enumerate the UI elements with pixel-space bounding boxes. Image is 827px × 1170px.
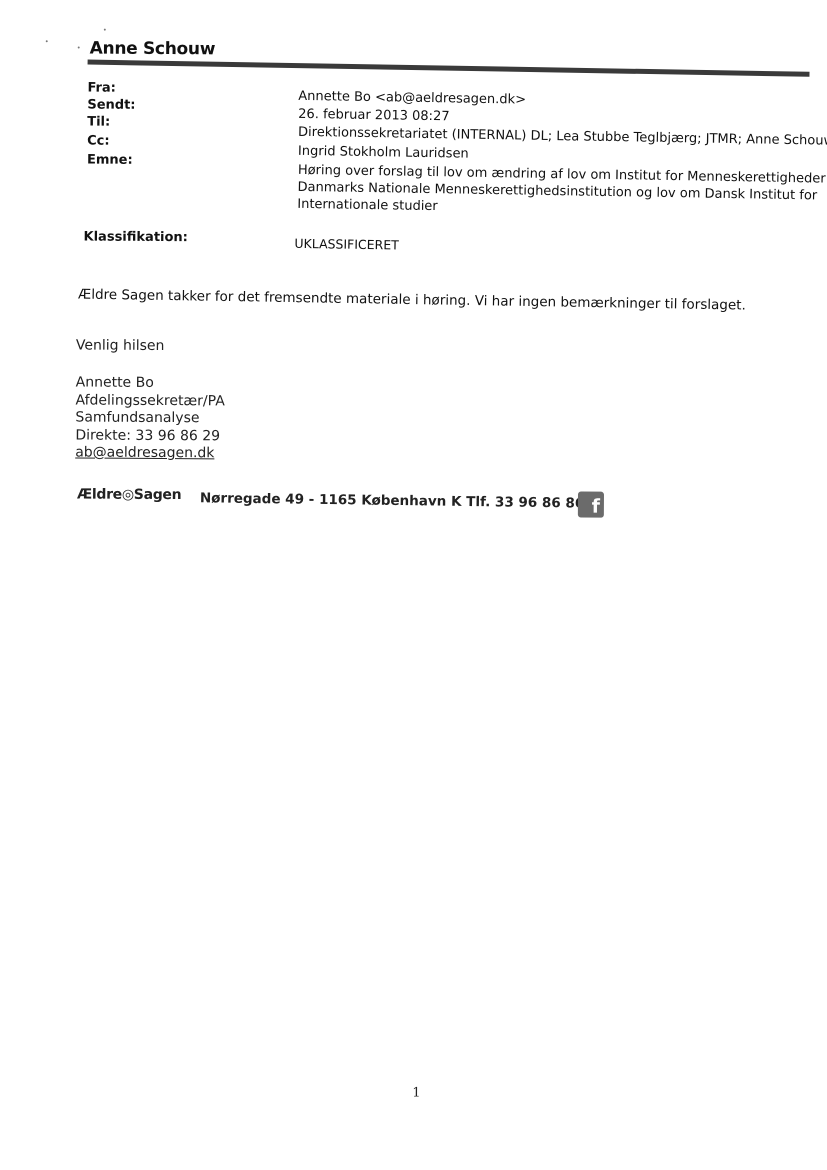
signature-phone: Direkte: 33 96 86 29 <box>75 427 224 445</box>
classification-value: UKLASSIFICERET <box>294 235 399 254</box>
scan-speck <box>46 40 48 42</box>
scan-speck <box>78 46 80 48</box>
header-value-subject: Høring over forslag til lov om ændring a… <box>297 162 827 222</box>
signature-email-link[interactable]: ab@aeldresagen.dk <box>75 444 224 462</box>
header-label-cc: Cc: <box>87 134 110 149</box>
page-number: 1 <box>412 1086 420 1101</box>
signature-department: Samfundsanalyse <box>75 409 224 427</box>
signature-greeting: Venlig hilsen <box>76 337 165 355</box>
header-value-sent: 26. februar 2013 08:27 <box>298 106 450 126</box>
email-body: Ældre Sagen takker for det fremsendte ma… <box>78 286 746 313</box>
facebook-icon[interactable]: f <box>578 492 604 518</box>
document-owner-name: Anne Schouw <box>90 39 216 60</box>
header-label-subject: Emne: <box>87 153 133 168</box>
header-value-cc: Ingrid Stokholm Lauridsen <box>298 143 469 163</box>
scan-speck <box>104 29 106 31</box>
aeldre-sagen-logo: Ældre◎Sagen <box>77 486 181 503</box>
header-rule <box>88 60 810 77</box>
header-label-from: Fra: <box>87 81 116 96</box>
signature-name: Annette Bo <box>76 374 225 392</box>
header-label-sent: Sendt: <box>87 98 135 113</box>
signature-block: Annette Bo Afdelingssekretær/PA Samfunds… <box>75 374 225 462</box>
header-label-to: Til: <box>87 115 110 130</box>
scanned-page: Anne Schouw Fra: Sendt: Til: Cc: Emne: A… <box>0 0 827 1170</box>
signature-title: Afdelingssekretær/PA <box>76 392 225 410</box>
classification-label: Klassifikation: <box>84 230 188 246</box>
footer-address: Nørregade 49 - 1165 København K Tlf. 33 … <box>200 490 585 511</box>
